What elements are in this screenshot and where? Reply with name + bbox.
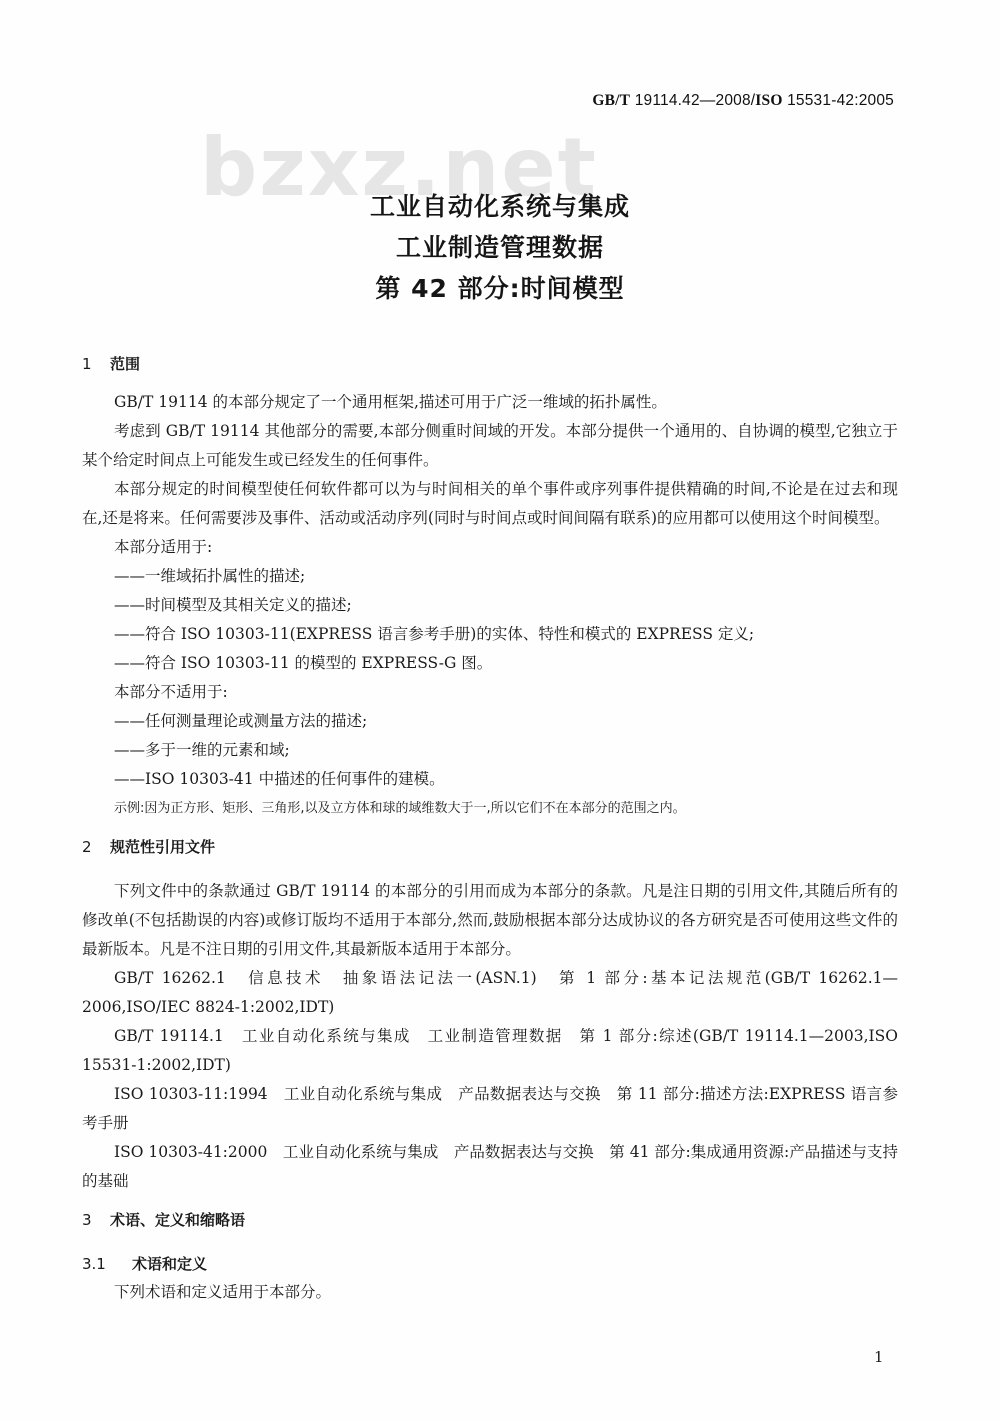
iso-number: 15531-42:2005: [783, 92, 894, 109]
list-item: ——任何测量理论或测量方法的描述;: [82, 707, 898, 736]
subsection-title: 术语和定义: [132, 1255, 207, 1273]
iso-prefix: ISO: [755, 92, 782, 109]
section-number: 1: [82, 350, 110, 378]
reference-item: ISO 10303-41:2000 工业自动化系统与集成 产品数据表达与交换 第…: [82, 1138, 898, 1196]
list-item: ——一维域拓扑属性的描述;: [82, 562, 898, 591]
not-applies-label: 本部分不适用于:: [82, 678, 898, 707]
title-line-2: 工业制造管理数据: [0, 227, 1000, 268]
example-note: 示例:因为正方形、矩形、三角形,以及立方体和球的域维数大于一,所以它们不在本部分…: [82, 794, 898, 823]
section-1-heading: 1范围: [82, 350, 898, 378]
list-item: ——时间模型及其相关定义的描述;: [82, 591, 898, 620]
page-number: 1: [874, 1348, 884, 1366]
section-number: 3: [82, 1206, 110, 1234]
section-title: 术语、定义和缩略语: [110, 1211, 245, 1229]
section-2-heading: 2规范性引用文件: [82, 833, 898, 861]
section-title: 范围: [110, 355, 140, 373]
title-line-3: 第 42 部分:时间模型: [0, 268, 1000, 309]
standard-prefix: GB/T: [592, 92, 630, 109]
subsection-3-1-heading: 3.1术语和定义: [82, 1250, 898, 1278]
paragraph: 下列文件中的条款通过 GB/T 19114 的本部分的引用而成为本部分的条款。凡…: [82, 877, 898, 964]
reference-item: GB/T 19114.1 工业自动化系统与集成 工业制造管理数据 第 1 部分:…: [82, 1022, 898, 1080]
title-line-1: 工业自动化系统与集成: [0, 186, 1000, 227]
list-item: ——ISO 10303-41 中描述的任何事件的建模。: [82, 765, 898, 794]
paragraph: 考虑到 GB/T 19114 其他部分的需要,本部分侧重时间域的开发。本部分提供…: [82, 417, 898, 475]
section-title: 规范性引用文件: [110, 838, 215, 856]
standard-number: GB/T 19114.42—2008/ISO 15531-42:2005: [592, 92, 894, 110]
section-3-heading: 3术语、定义和缩略语: [82, 1206, 898, 1234]
reference-item: GB/T 16262.1 信息技术 抽象语法记法一(ASN.1) 第 1 部分:…: [82, 964, 898, 1022]
list-item: ——符合 ISO 10303-11 的模型的 EXPRESS-G 图。: [82, 649, 898, 678]
document-title: 工业自动化系统与集成 工业制造管理数据 第 42 部分:时间模型: [0, 186, 1000, 309]
paragraph: 本部分规定的时间模型使任何软件都可以为与时间相关的单个事件或序列事件提供精确的时…: [82, 475, 898, 533]
paragraph: 下列术语和定义适用于本部分。: [82, 1278, 898, 1307]
document-body: 1范围 GB/T 19114 的本部分规定了一个通用框架,描述可用于广泛一维域的…: [82, 350, 898, 1307]
applies-label: 本部分适用于:: [82, 533, 898, 562]
list-item: ——多于一维的元素和域;: [82, 736, 898, 765]
section-number: 2: [82, 833, 110, 861]
list-item: ——符合 ISO 10303-11(EXPRESS 语言参考手册)的实体、特性和…: [82, 620, 898, 649]
document-page: GB/T 19114.42—2008/ISO 15531-42:2005 bzx…: [0, 0, 1000, 1422]
reference-item: ISO 10303-11:1994 工业自动化系统与集成 产品数据表达与交换 第…: [82, 1080, 898, 1138]
standard-number-main: 19114.42—2008/: [630, 92, 755, 109]
paragraph: GB/T 19114 的本部分规定了一个通用框架,描述可用于广泛一维域的拓扑属性…: [82, 388, 898, 417]
subsection-number: 3.1: [82, 1250, 132, 1278]
